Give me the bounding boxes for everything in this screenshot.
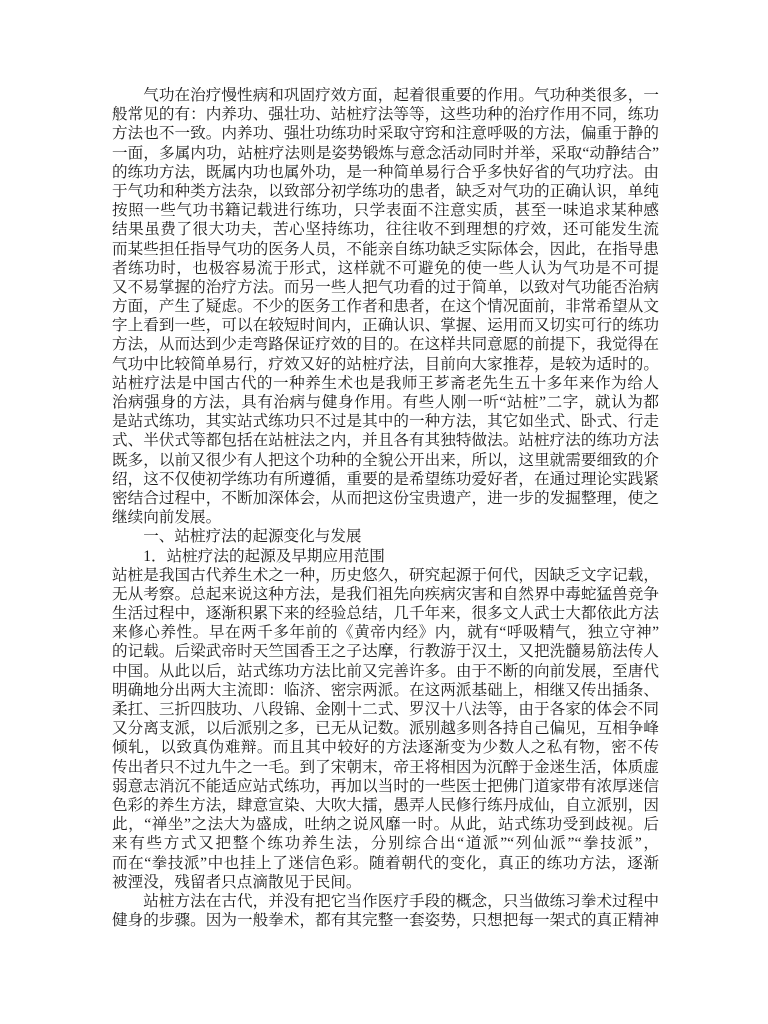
text-line: 一、站桩疗法的起源变化与发展	[112, 527, 659, 546]
text-line: 是站式练功，其实站式练功只不过是其中的一种方法，其它如坐式、卧式、行走	[112, 412, 659, 431]
text-line: 方法也不一致。内养功、强壮功练功时采取守窍和注意呼吸的方法，偏重于静的	[112, 124, 659, 143]
text-line: 于气功和种类方法杂，以致部分初学练功的患者，缺乏对气功的正确认识，单纯	[112, 182, 659, 201]
text-line: 健身的步骤。因为一般拳术，都有其完整一套姿势，只想把每一架式的真正精神	[112, 911, 659, 930]
text-line: 按照一些气功书籍记载进行练功，只学表面不注意实质，甚至一味追求某种感觉，	[112, 201, 659, 220]
text-line: 绍，这不仅使初学练功有所遵循，重要的是希望练功爱好者，在通过理论实践紧	[112, 470, 659, 489]
text-line: 被湮没，残留者只点滴散见于民间。	[112, 873, 659, 892]
document-page: 气功在治疗慢性病和巩固疗效方面，起着很重要的作用。气功种类很多，一般常见的有：内…	[0, 0, 768, 1024]
text-line: 来有些方式又把整个练功养生法，分别综合出“道派”“列仙派”“拳技派”，	[112, 834, 659, 853]
document-text-block: 气功在治疗慢性病和巩固疗效方面，起着很重要的作用。气功种类很多，一般常见的有：内…	[112, 86, 659, 930]
text-line: 来修心养性。早在两千多年前的《黄帝内经》内，就有“呼吸精气，独立守神”	[112, 623, 659, 642]
text-line: 而在“拳技派”中也挂上了迷信色彩。随着朝代的变化，真正的练功方法，逐渐	[112, 854, 659, 873]
text-line: 站桩方法在古代，并没有把它当作医疗手段的概念，只当做练习拳术过程中	[112, 892, 659, 911]
text-line: 一面，多属内功，站桩疗法则是姿势锻炼与意念活动同时并举，采取“动静结合”	[112, 144, 659, 163]
text-line: 此，“禅坐”之法大为盛成，吐纳之说风靡一时。从此，站式练功受到歧视。后	[112, 815, 659, 834]
text-line: 生活过程中，逐渐积累下来的经验总结，几千年来，很多文人武士大都依此方法	[112, 604, 659, 623]
text-line: 者练功时，也极容易流于形式，这样就不可避免的使一些人认为气功是不可提摸，	[112, 259, 659, 278]
text-line: 的记载。后梁武帝时天竺国香王之子达摩，行教游于汉土，又把洗髓易筋法传人	[112, 642, 659, 661]
text-line: 治病强身的方法，具有治病与健身作用。有些人刚一听“站桩”二字，就认为都	[112, 393, 659, 412]
text-line: 色彩的养生方法，肆意宣染、大吹大擂，愚弄人民修行练丹成仙，自立派别，因	[112, 796, 659, 815]
text-line: 弱意志消沉不能适应站式练功，再加以当时的一些医士把佛门道家带有浓厚迷信	[112, 777, 659, 796]
text-line: 传出者只不过九牛之一毛。到了宋朝末，帝王将相因为沉醉于金迷生活，体质虚	[112, 758, 659, 777]
text-line: 而某些担任指导气功的医务人员，不能亲自练功缺乏实际体会，因此，在指导患	[112, 240, 659, 259]
text-line: 气功在治疗慢性病和巩固疗效方面，起着很重要的作用。气功种类很多，一	[112, 86, 659, 105]
text-line: 般常见的有：内养功、强壮功、站桩疗法等等，这些功种的治疗作用不同，练功	[112, 105, 659, 124]
text-line: 倾轧，以致真伪难辩。而且其中较好的方法逐渐变为少数人之私有物，密不传人，	[112, 738, 659, 757]
text-line: 的练功方法，既属内功也属外功，是一种简单易行合乎多快好省的气功疗法。由	[112, 163, 659, 182]
text-line: 柔扛、三折四肢功、八段锦、金刚十二式、罗汉十八法等，由于各家的体会不同	[112, 700, 659, 719]
text-line: 既多，以前又很少有人把这个功种的全貌公开出来，所以，这里就需要细致的介	[112, 451, 659, 470]
text-line: 方面，产生了疑虑。不少的医务工作者和患者，在这个情况面前，非常希望从文	[112, 297, 659, 316]
text-line: 无从考察。总起来说这种方法，是我们祖先向疾病灾害和自然界中毒蛇猛兽竞争	[112, 585, 659, 604]
text-line: 1．站桩疗法的起源及早期应用范围	[112, 547, 659, 566]
text-line: 结果虽费了很大功夫，苦心坚持练功，往往收不到理想的疗效，还可能发生流弊。	[112, 220, 659, 239]
text-line: 中国。从此以后，站式练功方法比前又完善许多。由于不断的向前发展，至唐代	[112, 662, 659, 681]
text-line: 密结合过程中，不断加深体会，从而把这份宝贵遗产，进一步的发掘整理，使之	[112, 489, 659, 508]
text-line: 气功中比较简单易行，疗效又好的站桩疗法，目前向大家推荐，是较为适时的。	[112, 355, 659, 374]
text-line: 明确地分出两大主流即：临济、密宗两派。在这两派基础上，相继又传出插条、	[112, 681, 659, 700]
text-line: 式、半伏式等都包括在站桩法之内，并且各有其独特做法。站桩疗法的练功方法	[112, 431, 659, 450]
text-line: 继续向前发展。	[112, 508, 659, 527]
text-line: 站桩疗法是中国古代的一种养生术也是我师王芗斋老先生五十多年来作为给人	[112, 374, 659, 393]
text-line: 又分离支派，以后派别之多，已无从记数。派别越多则各持自己偏见，互相争峰	[112, 719, 659, 738]
text-line: 又不易掌握的治疗方法。而另一些人把气功看的过于简单，以致对气功能否治病	[112, 278, 659, 297]
text-line: 站桩是我国古代养生术之一种，历史悠久，研究起源于何代，因缺乏文字记载，	[112, 566, 659, 585]
text-line: 字上看到一些，可以在较短时间内，正确认识、掌握、运用而又切实可行的练功	[112, 316, 659, 335]
text-line: 方法，从而达到少走弯路保证疗效的目的。在这样共同意愿的前提下，我觉得在	[112, 335, 659, 354]
